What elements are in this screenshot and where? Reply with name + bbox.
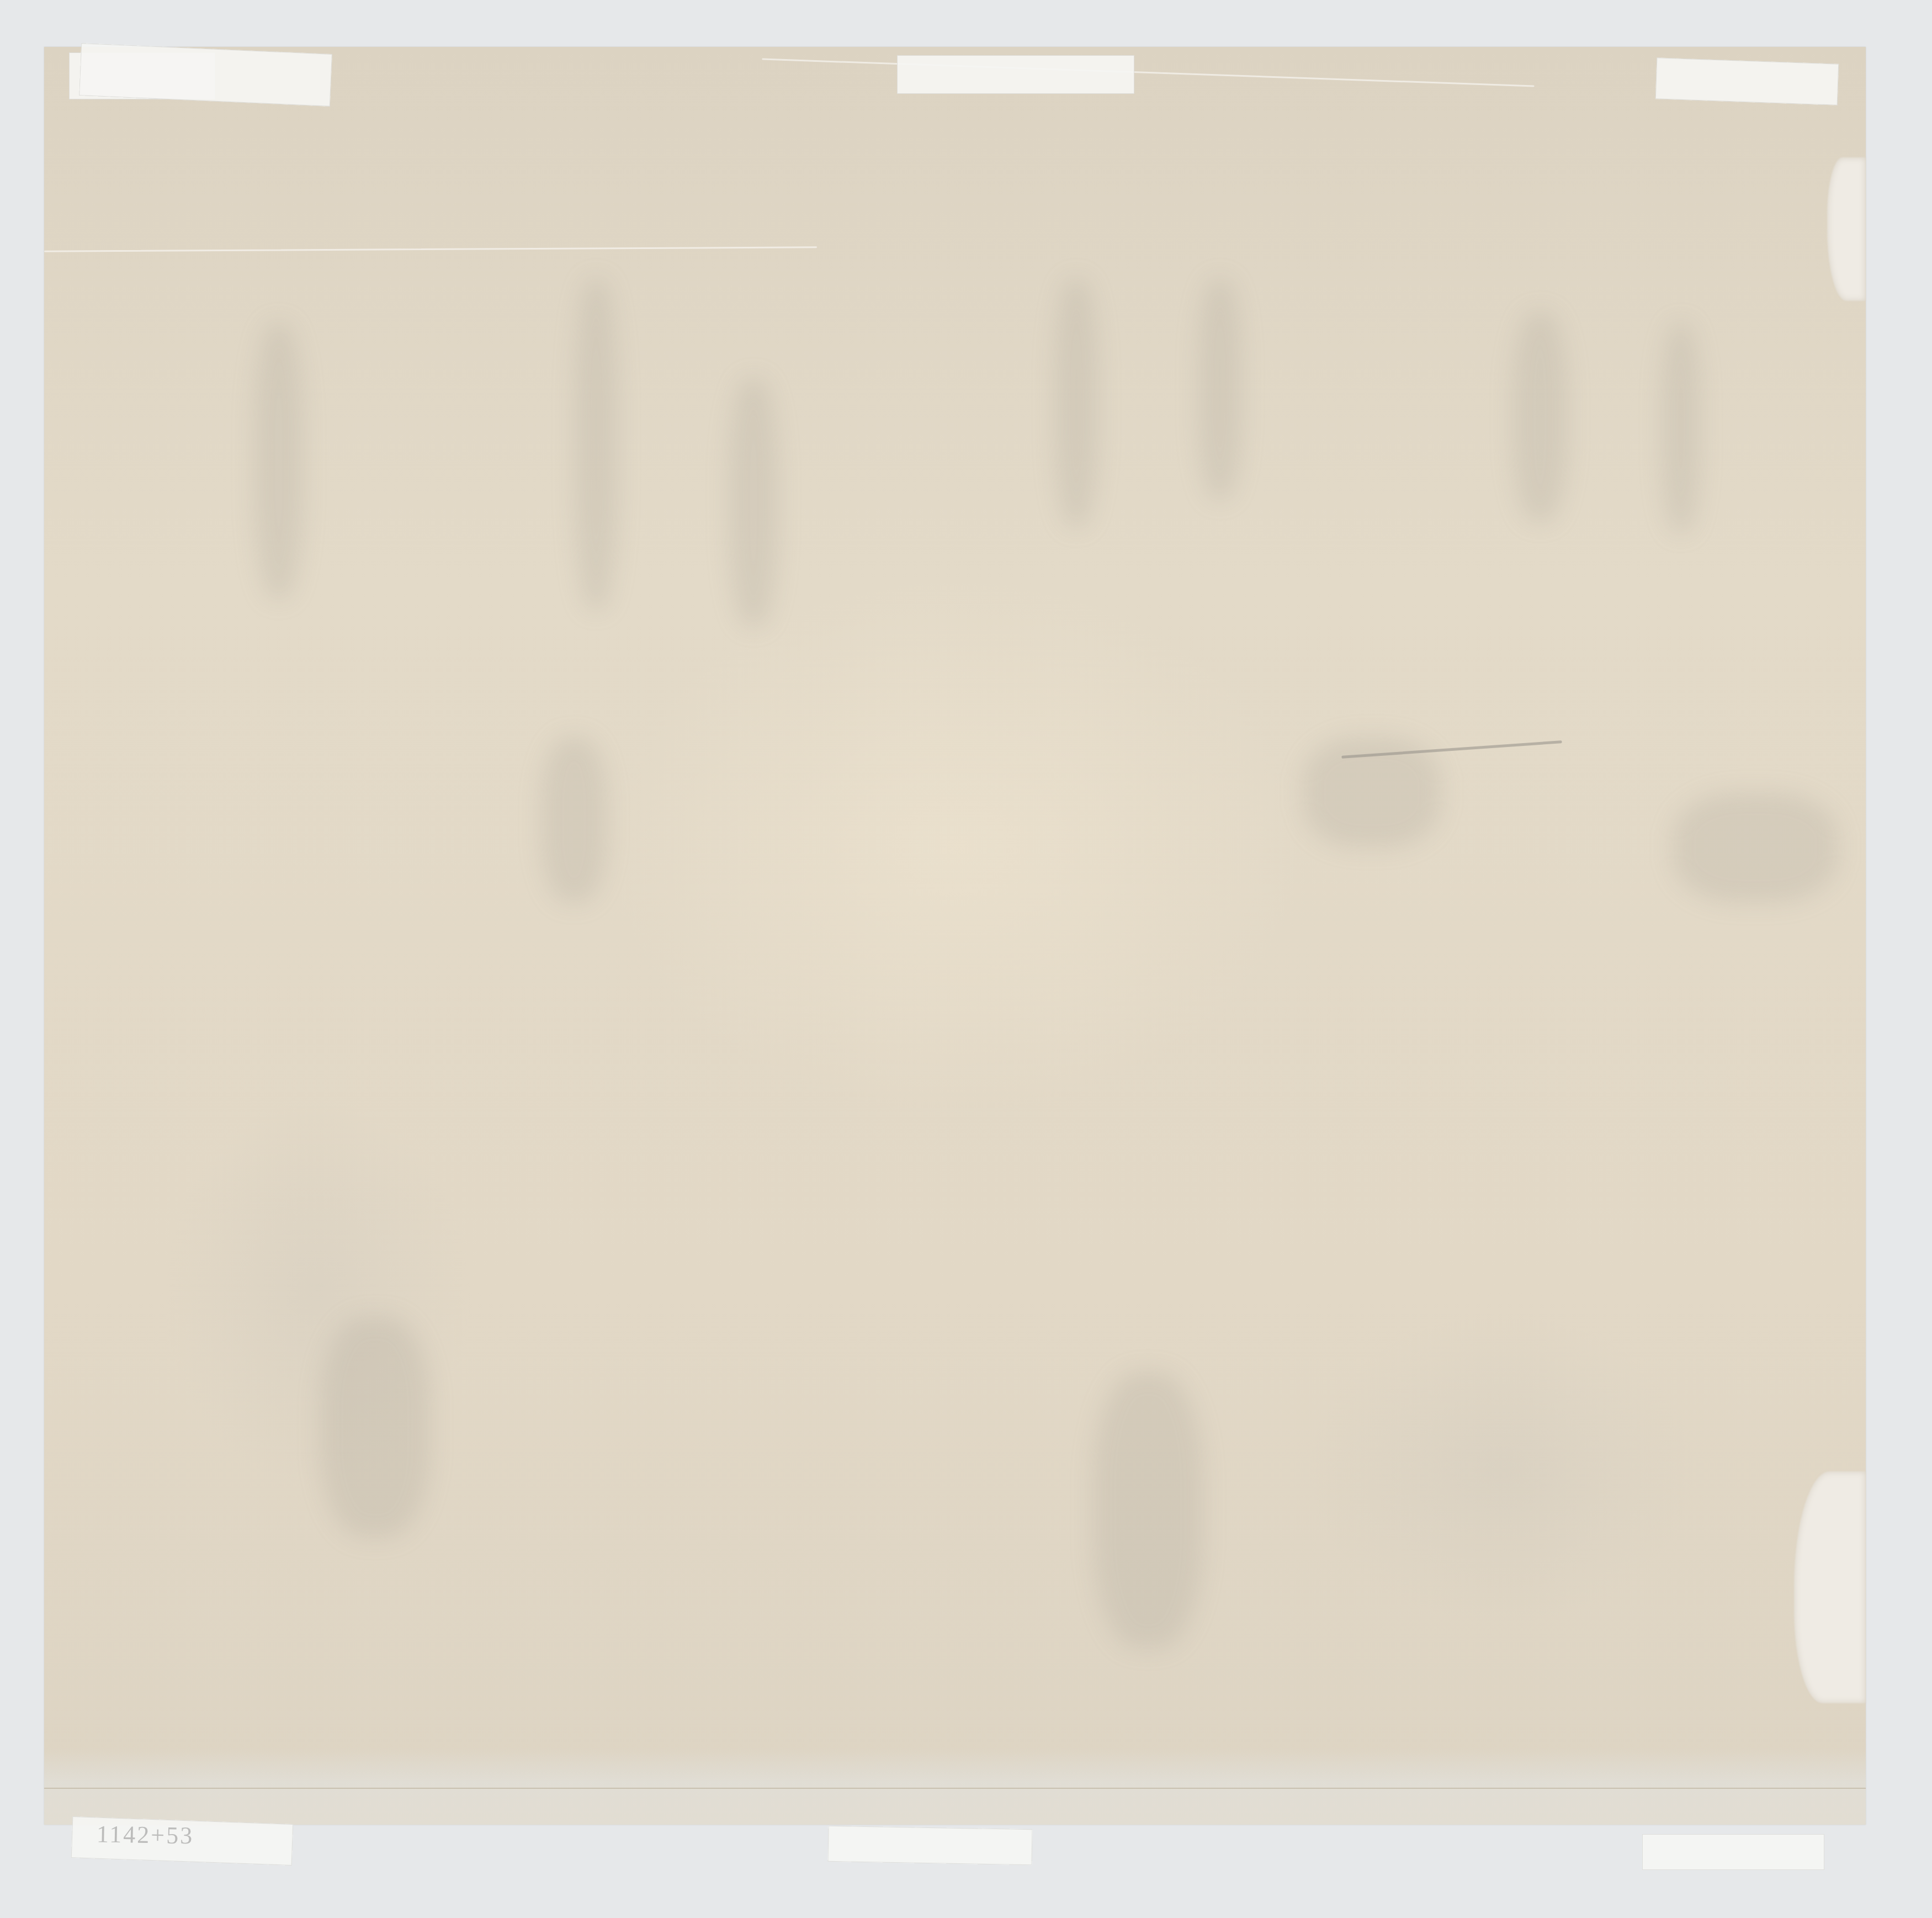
stain [320,1317,431,1538]
stain [1673,792,1838,903]
paper-loss [1827,157,1866,301]
tape-strip-bottom-right [1642,1834,1824,1870]
pencil-inscription: 1142+53 [97,1820,194,1850]
stain [1198,279,1242,500]
fold-line [44,1788,1866,1789]
stain [541,737,607,903]
tape-strip-top-right [1655,57,1839,105]
hinge-strip [44,1747,1866,1825]
stain [1093,1372,1203,1648]
stain [1662,323,1700,533]
crease [44,246,817,252]
tape-strip-top-center [897,55,1134,94]
stain [1512,312,1568,522]
stain [254,323,304,599]
stain [1054,279,1098,527]
stain [729,378,778,627]
crease [762,59,1534,87]
paper-loss [1794,1471,1866,1703]
stain [574,279,618,610]
tape-strip-bottom-center [827,1826,1032,1865]
paper-sheet-verso [44,47,1866,1825]
tape-strip-top-left [79,43,332,107]
